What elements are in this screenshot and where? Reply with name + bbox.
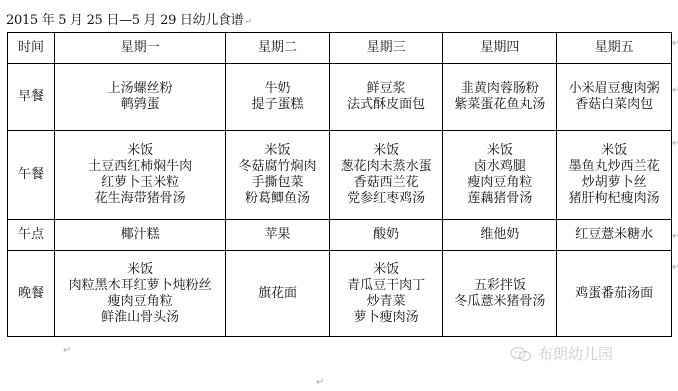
menu-cell: 鸡蛋番茄汤面 xyxy=(557,251,672,337)
menu-cell: 上汤螺丝粉鹌鹑蛋 xyxy=(55,64,226,131)
dish-item: 上汤螺丝粉 xyxy=(57,81,223,97)
dish-item: 香菇西兰花 xyxy=(332,175,441,191)
table-row-lunch: 午餐米饭土豆西红柿焖牛肉红萝卜玉米粒花生海带猪骨汤米饭冬菇腐竹焖肉手撕包菜粉葛鲫… xyxy=(8,131,672,220)
header-row: 时间 星期一 星期二 星期三 星期四 星期五 xyxy=(8,33,672,64)
paragraph-mark-icon: ↵ xyxy=(672,38,678,49)
header-day: 星期五 xyxy=(557,33,672,64)
dish-item: 米饭 xyxy=(332,262,441,278)
dish-item: 紫菜蛋花鱼丸汤 xyxy=(445,97,554,113)
dish-item: 法式酥皮面包 xyxy=(332,97,441,113)
header-day-label: 星期一 xyxy=(121,40,160,55)
dish-item: 萝卜瘦肉汤 xyxy=(332,310,441,326)
paragraph-mark-icon: ↵ xyxy=(672,85,678,96)
menu-cell: 维他奶 xyxy=(443,220,557,251)
dish-item: 冬菇腐竹焖肉 xyxy=(228,159,326,175)
paragraph-mark-icon: ↵ xyxy=(672,138,678,149)
meal-label-cell: 晚餐 xyxy=(8,251,55,337)
header-day-label: 星期三 xyxy=(367,40,406,55)
dish-item: 椰汁糕 xyxy=(57,227,223,243)
dish-item: 香菇白菜肉包 xyxy=(559,97,669,113)
dish-item: 瘦肉豆角粒 xyxy=(57,294,223,310)
dish-item: 五彩拌饭 xyxy=(445,278,554,294)
dish-item: 青瓜豆干肉丁 xyxy=(332,278,441,294)
menu-cell: 红豆薏米糖水 xyxy=(557,220,672,251)
menu-cell: 米饭葱花肉末蒸水蛋香菇西兰花党参红枣鸡汤 xyxy=(329,131,443,220)
dish-item: 手撕包菜 xyxy=(228,175,326,191)
menu-cell: 旗花面 xyxy=(226,251,329,337)
header-day-label: 星期四 xyxy=(480,40,519,55)
menu-cell: 小米眉豆瘦肉粥香菇白菜肉包 xyxy=(557,64,672,131)
header-day: 星期一 xyxy=(55,33,226,64)
paragraph-mark-icon: ↵ xyxy=(244,17,251,27)
paragraph-mark-icon: ↵ xyxy=(63,345,71,356)
dish-item: 鸡蛋番茄汤面 xyxy=(559,286,669,302)
menu-cell: 米饭冬菇腐竹焖肉手撕包菜粉葛鲫鱼汤 xyxy=(226,131,329,220)
dish-item: 莲藕猪骨汤 xyxy=(445,191,554,207)
dish-item: 土豆西红柿焖牛肉 xyxy=(57,159,223,175)
header-day-label: 星期二 xyxy=(258,40,297,55)
dish-item: 红萝卜玉米粒 xyxy=(57,175,223,191)
table-row-breakfast: 早餐上汤螺丝粉鹌鹑蛋牛奶提子蛋糕鲜豆浆法式酥皮面包韭黄肉蓉肠粉紫菜蛋花鱼丸汤小米… xyxy=(8,64,672,131)
dish-item: 粉葛鲫鱼汤 xyxy=(228,191,326,207)
dish-item: 鹌鹑蛋 xyxy=(57,97,223,113)
dish-item: 酸奶 xyxy=(332,227,441,243)
dish-item: 苹果 xyxy=(228,227,326,243)
dish-item: 冬瓜薏米猪骨汤 xyxy=(445,294,554,310)
table-row-dinner: 晚餐米饭肉粒黑木耳红萝卜炖粉丝瘦肉豆角粒鲜淮山骨头汤旗花面米饭青瓜豆干肉丁炒青菜… xyxy=(8,251,672,337)
paragraph-mark-icon: ↵ xyxy=(672,231,678,242)
menu-cell: 米饭墨鱼丸炒西兰花炒胡萝卜丝猪肝枸杞瘦肉汤 xyxy=(557,131,672,220)
meal-label-cell: 午点 xyxy=(8,220,55,251)
dish-item: 猪肝枸杞瘦肉汤 xyxy=(559,191,669,207)
header-day: 星期二 xyxy=(226,33,329,64)
dish-item: 葱花肉末蒸水蛋 xyxy=(332,159,441,175)
dish-item: 牛奶 xyxy=(228,81,326,97)
menu-cell: 韭黄肉蓉肠粉紫菜蛋花鱼丸汤 xyxy=(443,64,557,131)
menu-cell: 酸奶 xyxy=(329,220,443,251)
dish-item: 米饭 xyxy=(57,143,223,159)
table-row-snack: 午点椰汁糕苹果酸奶维他奶红豆薏米糖水 xyxy=(8,220,672,251)
meal-label: 早餐 xyxy=(18,89,44,104)
title-text: 2015 年 5 月 25 日—5 月 29 日幼儿食谱 xyxy=(6,13,243,28)
dish-item: 提子蛋糕 xyxy=(228,97,326,113)
dish-item: 炒胡萝卜丝 xyxy=(559,175,669,191)
menu-cell: 米饭卤水鸡腿瘦肉豆角粒莲藕猪骨汤 xyxy=(443,131,557,220)
dish-item: 肉粒黑木耳红萝卜炖粉丝 xyxy=(57,278,223,294)
meal-label-cell: 早餐 xyxy=(8,64,55,131)
dish-item: 韭黄肉蓉肠粉 xyxy=(445,81,554,97)
menu-cell: 五彩拌饭冬瓜薏米猪骨汤 xyxy=(443,251,557,337)
dish-item: 鲜淮山骨头汤 xyxy=(57,310,223,326)
menu-cell: 苹果 xyxy=(226,220,329,251)
dish-item: 瘦肉豆角粒 xyxy=(445,175,554,191)
header-day: 星期四 xyxy=(443,33,557,64)
header-day: 星期三 xyxy=(329,33,443,64)
meal-label: 午点 xyxy=(18,227,44,242)
menu-cell: 米饭青瓜豆干肉丁炒青菜萝卜瘦肉汤 xyxy=(329,251,443,337)
menu-cell: 椰汁糕 xyxy=(55,220,226,251)
dish-item: 卤水鸡腿 xyxy=(445,159,554,175)
header-day-label: 星期五 xyxy=(595,40,634,55)
wechat-icon xyxy=(510,346,532,362)
paragraph-mark-icon: ↵ xyxy=(672,262,678,273)
menu-cell: 米饭土豆西红柿焖牛肉红萝卜玉米粒花生海带猪骨汤 xyxy=(55,131,226,220)
meal-label: 午餐 xyxy=(18,167,44,182)
dish-item: 米饭 xyxy=(559,143,669,159)
dish-item: 旗花面 xyxy=(228,286,326,302)
document-title: 2015 年 5 月 25 日—5 月 29 日幼儿食谱↵ xyxy=(6,9,252,28)
dish-item: 米饭 xyxy=(332,143,441,159)
dish-item: 小米眉豆瘦肉粥 xyxy=(559,81,669,97)
meal-label: 晚餐 xyxy=(18,286,44,301)
watermark-text: 布朗幼儿园 xyxy=(538,343,613,364)
watermark: 布朗幼儿园 xyxy=(510,343,613,364)
dish-item: 米饭 xyxy=(57,262,223,278)
dish-item: 鲜豆浆 xyxy=(332,81,441,97)
dish-item: 花生海带猪骨汤 xyxy=(57,191,223,207)
menu-cell: 鲜豆浆法式酥皮面包 xyxy=(329,64,443,131)
dish-item: 红豆薏米糖水 xyxy=(559,227,669,243)
header-time-label: 时间 xyxy=(18,40,44,55)
menu-table: 时间 星期一 星期二 星期三 星期四 星期五 早餐上汤螺丝粉鹌鹑蛋牛奶提子蛋糕鲜… xyxy=(7,32,672,337)
paragraph-mark-icon: ↵ xyxy=(316,377,324,388)
menu-cell: 牛奶提子蛋糕 xyxy=(226,64,329,131)
dish-item: 米饭 xyxy=(228,143,326,159)
menu-cell: 米饭肉粒黑木耳红萝卜炖粉丝瘦肉豆角粒鲜淮山骨头汤 xyxy=(55,251,226,337)
dish-item: 党参红枣鸡汤 xyxy=(332,191,441,207)
dish-item: 维他奶 xyxy=(445,227,554,243)
header-time: 时间 xyxy=(8,33,55,64)
dish-item: 墨鱼丸炒西兰花 xyxy=(559,159,669,175)
meal-label-cell: 午餐 xyxy=(8,131,55,220)
dish-item: 米饭 xyxy=(445,143,554,159)
dish-item: 炒青菜 xyxy=(332,294,441,310)
